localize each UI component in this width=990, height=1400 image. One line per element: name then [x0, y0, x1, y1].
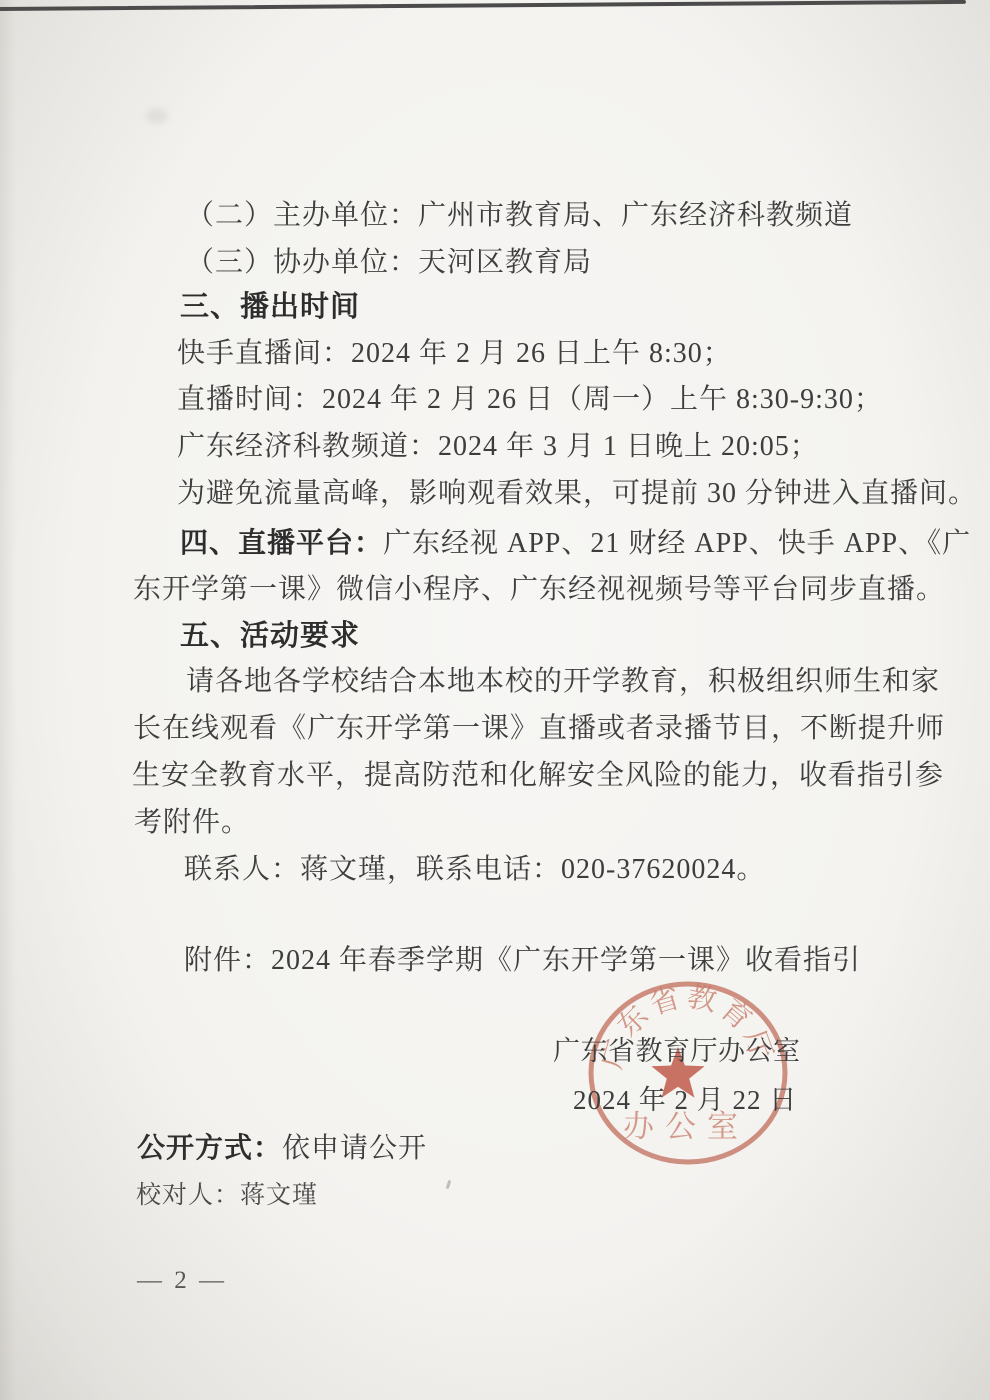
doc-line-kuaishou-time: 快手直播间：2024 年 2 月 26 日上午 8:30；: [177, 337, 732, 371]
doc-line-platforms-text: 广东经视 APP、21 财经 APP、快手 APP、《广: [383, 528, 971, 559]
footer-disclosure-label: 公开方式：: [137, 1132, 282, 1163]
doc-line-platforms-cont: 东开学第一课》微信小程序、广东经视视频号等平台同步直播。: [133, 573, 945, 607]
page-number: — 2 —: [137, 1264, 227, 1298]
scan-top-edge-line: [0, 0, 966, 11]
doc-heading-platforms: 四、直播平台：: [180, 527, 383, 558]
doc-line-requirements-2: 长在线观看《广东开学第一课》直播或者录播节目，不断提升师: [133, 712, 945, 746]
doc-heading-broadcast-time: 三、播出时间: [180, 290, 360, 324]
official-seal: 广东省教育厅 办公室: [585, 979, 791, 1169]
doc-line-tv-time: 广东经济科教频道：2024 年 3 月 1 日晚上 20:05；: [177, 430, 819, 464]
doc-line-requirements-4: 考附件。: [134, 806, 250, 840]
doc-line-live-time: 直播时间：2024 年 2 月 26 日（周一）上午 8:30-9:30；: [177, 383, 883, 417]
signature-organization: 广东省教育厅办公室: [553, 1034, 801, 1068]
footer-disclosure-value: 依申请公开: [282, 1133, 427, 1164]
scan-smudge: [146, 108, 168, 124]
doc-line-platforms: 四、直播平台：广东经视 APP、21 财经 APP、快手 APP、《广: [180, 526, 971, 561]
footer-proofreader: 校对人：蒋文瑾: [136, 1179, 318, 1213]
doc-line-organizer: （二）主办单位：广州市教育局、广东经济科教频道: [186, 199, 853, 233]
doc-line-co-organizer: （三）协办单位：天河区教育局: [186, 246, 592, 280]
doc-line-requirements-3: 生安全教育水平，提高防范和化解安全风险的能力，收看指引参: [132, 759, 944, 793]
scan-stray-mark: [446, 1180, 452, 1189]
doc-line-attachment: 附件：2024 年春季学期《广东开学第一课》收看指引: [184, 944, 861, 978]
signature-date: 2024 年 2 月 22 日: [573, 1083, 797, 1117]
footer-disclosure: 公开方式：依申请公开: [137, 1131, 427, 1166]
doc-line-requirements-1: 请各地各学校结合本地本校的开学教育，积极组织师生和家: [186, 665, 940, 699]
doc-line-contact: 联系人：蒋文瑾，联系电话：020-37620024。: [184, 853, 765, 887]
doc-line-peak-advice: 为避免流量高峰，影响观看效果，可提前 30 分钟进入直播间。: [177, 477, 977, 511]
doc-heading-requirements: 五、活动要求: [180, 619, 360, 653]
scanned-document-page: （二）主办单位：广州市教育局、广东经济科教频道 （三）协办单位：天河区教育局 三…: [0, 0, 990, 1400]
